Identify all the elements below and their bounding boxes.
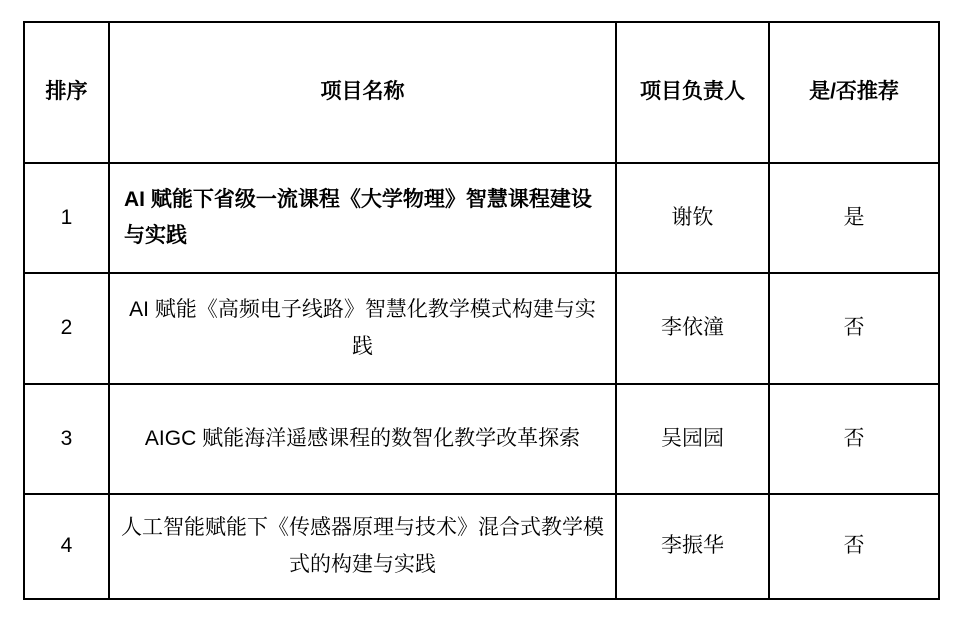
- projects-table: 排序 项目名称 项目负责人 是/否推荐 1 AI 赋能下省级一流课程《大学物理》…: [23, 21, 940, 600]
- project-name-cell: AIGC 赋能海洋遥感课程的数智化教学改革探索: [109, 384, 616, 494]
- rank-cell: 4: [24, 494, 109, 599]
- project-name-cell: 人工智能赋能下《传感器原理与技术》混合式教学模式的构建与实践: [109, 494, 616, 599]
- header-row: 排序 项目名称 项目负责人 是/否推荐: [24, 22, 939, 163]
- table-row: 2 AI 赋能《高频电子线路》智慧化教学模式构建与实践 李依潼 否: [24, 273, 939, 384]
- recommendation-cell: 否: [769, 384, 939, 494]
- table-row: 1 AI 赋能下省级一流课程《大学物理》智慧课程建设与实践 谢钦 是: [24, 163, 939, 273]
- rank-cell: 1: [24, 163, 109, 273]
- recommendation-cell: 否: [769, 273, 939, 384]
- leader-cell: 吴园园: [616, 384, 769, 494]
- project-name-cell: AI 赋能《高频电子线路》智慧化教学模式构建与实践: [109, 273, 616, 384]
- header-cell-rank: 排序: [24, 22, 109, 163]
- project-name-cell: AI 赋能下省级一流课程《大学物理》智慧课程建设与实践: [109, 163, 616, 273]
- header-cell-recommendation: 是/否推荐: [769, 22, 939, 163]
- recommendation-cell: 否: [769, 494, 939, 599]
- rank-cell: 3: [24, 384, 109, 494]
- recommendation-cell: 是: [769, 163, 939, 273]
- leader-cell: 谢钦: [616, 163, 769, 273]
- header-cell-project-name: 项目名称: [109, 22, 616, 163]
- leader-cell: 李振华: [616, 494, 769, 599]
- rank-cell: 2: [24, 273, 109, 384]
- table-row: 4 人工智能赋能下《传感器原理与技术》混合式教学模式的构建与实践 李振华 否: [24, 494, 939, 599]
- header-cell-leader: 项目负责人: [616, 22, 769, 163]
- table-row: 3 AIGC 赋能海洋遥感课程的数智化教学改革探索 吴园园 否: [24, 384, 939, 494]
- leader-cell: 李依潼: [616, 273, 769, 384]
